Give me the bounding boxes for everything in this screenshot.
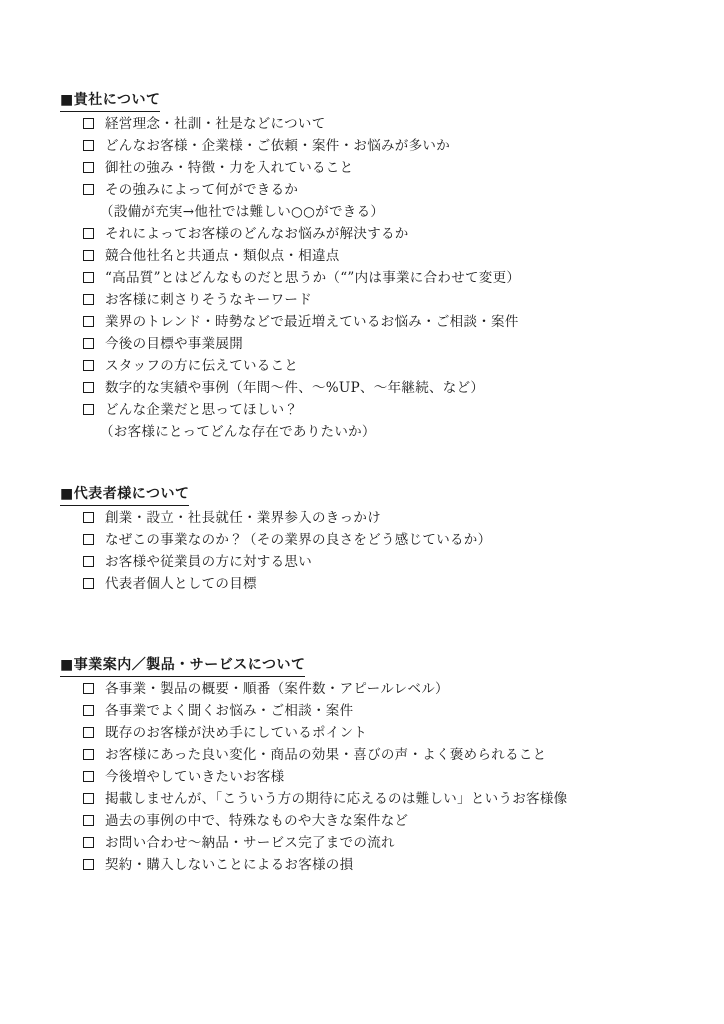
- checkbox-icon: [83, 360, 94, 371]
- checklist-item: 各事業・製品の概要・順番（案件数・アピールレベル）: [60, 678, 694, 700]
- checklist-item: 創業・設立・社長就任・業界参入のきっかけ: [60, 507, 694, 529]
- checklist-item: お客様に刺さりそうなキーワード: [60, 289, 694, 311]
- checkbox-icon: [83, 382, 94, 393]
- checkbox-icon: [83, 512, 94, 523]
- checklist-item: 契約・購入しないことによるお客様の損: [60, 854, 694, 876]
- checklist-item-label: 業界のトレンド・時勢などで最近増えているお悩み・ご相談・案件: [105, 311, 519, 333]
- checkbox-icon: [83, 140, 94, 151]
- checklist-item-label: スタッフの方に伝えていること: [105, 355, 298, 377]
- checkbox-icon: [83, 815, 94, 826]
- section-items: 各事業・製品の概要・順番（案件数・アピールレベル） 各事業でよく聞くお悩み・ご相…: [60, 678, 694, 876]
- checkbox-icon: [83, 837, 94, 848]
- checklist-item: 掲載しませんが、「こういう方の期待に応えるのは難しい」というお客様像: [60, 788, 694, 810]
- section-items: 創業・設立・社長就任・業界参入のきっかけ なぜこの事業なのか？（その業界の良さを…: [60, 507, 694, 595]
- checklist-item: なぜこの事業なのか？（その業界の良さをどう感じているか）: [60, 529, 694, 551]
- section-title: ■代表者様について: [60, 484, 189, 506]
- checklist-item-label: 各事業・製品の概要・順番（案件数・アピールレベル）: [105, 678, 449, 700]
- checklist-item-label: お客様や従業員の方に対する思い: [105, 551, 312, 573]
- checklist-section: ■貴社について 経営理念・社訓・社是などについて どんなお客様・企業様・ご依頼・…: [60, 90, 694, 443]
- checklist-item: 数字的な実績や事例（年間～件、～%UP、～年継続、など）: [60, 377, 694, 399]
- checkbox-icon: [83, 118, 94, 129]
- checkbox-icon: [83, 228, 94, 239]
- checkbox-icon: [83, 771, 94, 782]
- checklist-item: 各事業でよく聞くお悩み・ご相談・案件: [60, 700, 694, 722]
- checkbox-icon: [83, 294, 94, 305]
- checkbox-icon: [83, 404, 94, 415]
- checklist-item: その強みによって何ができるか: [60, 179, 694, 201]
- checklist-item-label: 今後増やしていきたいお客様: [105, 766, 284, 788]
- section-items: 経営理念・社訓・社是などについて どんなお客様・企業様・ご依頼・案件・お悩みが多…: [60, 113, 694, 443]
- checklist-item-label: お問い合わせ～納品・サービス完了までの流れ: [105, 832, 395, 854]
- checklist-item-label: お客様に刺さりそうなキーワード: [105, 289, 312, 311]
- checklist-item: お客様にあった良い変化・商品の効果・喜びの声・よく褒められること: [60, 744, 694, 766]
- checklist-item: どんな企業だと思ってほしい？: [60, 399, 694, 421]
- checklist-item-label: 掲載しませんが、「こういう方の期待に応えるのは難しい」というお客様像: [105, 788, 567, 810]
- checkbox-icon: [83, 184, 94, 195]
- checklist-item: 今後増やしていきたいお客様: [60, 766, 694, 788]
- checkbox-icon: [83, 338, 94, 349]
- checklist-item-label: 御社の強み・特徴・力を入れていること: [105, 157, 353, 179]
- checkbox-icon: [83, 578, 94, 589]
- checklist-section: ■事業案内／製品・サービスについて 各事業・製品の概要・順番（案件数・アピールレ…: [60, 655, 694, 876]
- checklist-item: 過去の事例の中で、特殊なものや大きな案件など: [60, 810, 694, 832]
- checklist-item: お客様や従業員の方に対する思い: [60, 551, 694, 573]
- checklist-item-label: それによってお客様のどんなお悩みが解決するか: [105, 223, 409, 245]
- checklist-item-label: 経営理念・社訓・社是などについて: [105, 113, 326, 135]
- checklist-item-note: （設備が充実→他社では難しい○○ができる）: [60, 201, 694, 223]
- checkbox-icon: [83, 534, 94, 545]
- checklist-item-label: お客様にあった良い変化・商品の効果・喜びの声・よく褒められること: [105, 744, 546, 766]
- checklist-item-label: どんなお客様・企業様・ご依頼・案件・お悩みが多いか: [105, 135, 450, 157]
- checkbox-icon: [83, 705, 94, 716]
- checklist-item-label: どんな企業だと思ってほしい？: [105, 399, 298, 421]
- checklist-item: スタッフの方に伝えていること: [60, 355, 694, 377]
- checkbox-icon: [83, 316, 94, 327]
- checklist-item: どんなお客様・企業様・ご依頼・案件・お悩みが多いか: [60, 135, 694, 157]
- checklist-item-label: 既存のお客様が決め手にしているポイント: [105, 722, 367, 744]
- checklist-item: それによってお客様のどんなお悩みが解決するか: [60, 223, 694, 245]
- checkbox-icon: [83, 727, 94, 738]
- checklist-item: 経営理念・社訓・社是などについて: [60, 113, 694, 135]
- checklist-item-label: なぜこの事業なのか？（その業界の良さをどう感じているか）: [105, 529, 491, 551]
- checklist-item: 御社の強み・特徴・力を入れていること: [60, 157, 694, 179]
- section-title: ■事業案内／製品・サービスについて: [60, 655, 305, 677]
- checklist-item-label: 各事業でよく聞くお悩み・ご相談・案件: [105, 700, 353, 722]
- checklist-item-label: 創業・設立・社長就任・業界参入のきっかけ: [105, 507, 381, 529]
- checklist-item: 業界のトレンド・時勢などで最近増えているお悩み・ご相談・案件: [60, 311, 694, 333]
- checklist-item-label: 代表者個人としての目標: [105, 573, 257, 595]
- checklist-item-note: （お客様にとってどんな存在でありたいか）: [60, 421, 694, 443]
- checklist-item-label: 契約・購入しないことによるお客様の損: [105, 854, 353, 876]
- checkbox-icon: [83, 683, 94, 694]
- checkbox-icon: [83, 162, 94, 173]
- checklist-section: ■代表者様について 創業・設立・社長就任・業界参入のきっかけ なぜこの事業なのか…: [60, 484, 694, 595]
- checklist-item-label: “高品質”とはどんなものだと思うか（“”内は事業に合わせて変更）: [105, 267, 520, 289]
- checkbox-icon: [83, 859, 94, 870]
- checkbox-icon: [83, 272, 94, 283]
- document-page: ■貴社について 経営理念・社訓・社是などについて どんなお客様・企業様・ご依頼・…: [0, 0, 724, 1024]
- checklist-item: お問い合わせ～納品・サービス完了までの流れ: [60, 832, 694, 854]
- checklist-item: 競合他社名と共通点・類似点・相違点: [60, 245, 694, 267]
- checklist-item-label: その強みによって何ができるか: [105, 179, 298, 201]
- checklist-item: 代表者個人としての目標: [60, 573, 694, 595]
- checkbox-icon: [83, 250, 94, 261]
- checklist-item: “高品質”とはどんなものだと思うか（“”内は事業に合わせて変更）: [60, 267, 694, 289]
- checkbox-icon: [83, 793, 94, 804]
- checkbox-icon: [83, 749, 94, 760]
- checklist-item: 今後の目標や事業展開: [60, 333, 694, 355]
- section-title: ■貴社について: [60, 90, 160, 112]
- checklist-item-label: 過去の事例の中で、特殊なものや大きな案件など: [105, 810, 408, 832]
- checklist-item-label: 競合他社名と共通点・類似点・相違点: [105, 245, 340, 267]
- checklist-item-label: 今後の目標や事業展開: [105, 333, 243, 355]
- checklist-item: 既存のお客様が決め手にしているポイント: [60, 722, 694, 744]
- checkbox-icon: [83, 556, 94, 567]
- checklist-item-label: 数字的な実績や事例（年間～件、～%UP、～年継続、など）: [105, 377, 484, 399]
